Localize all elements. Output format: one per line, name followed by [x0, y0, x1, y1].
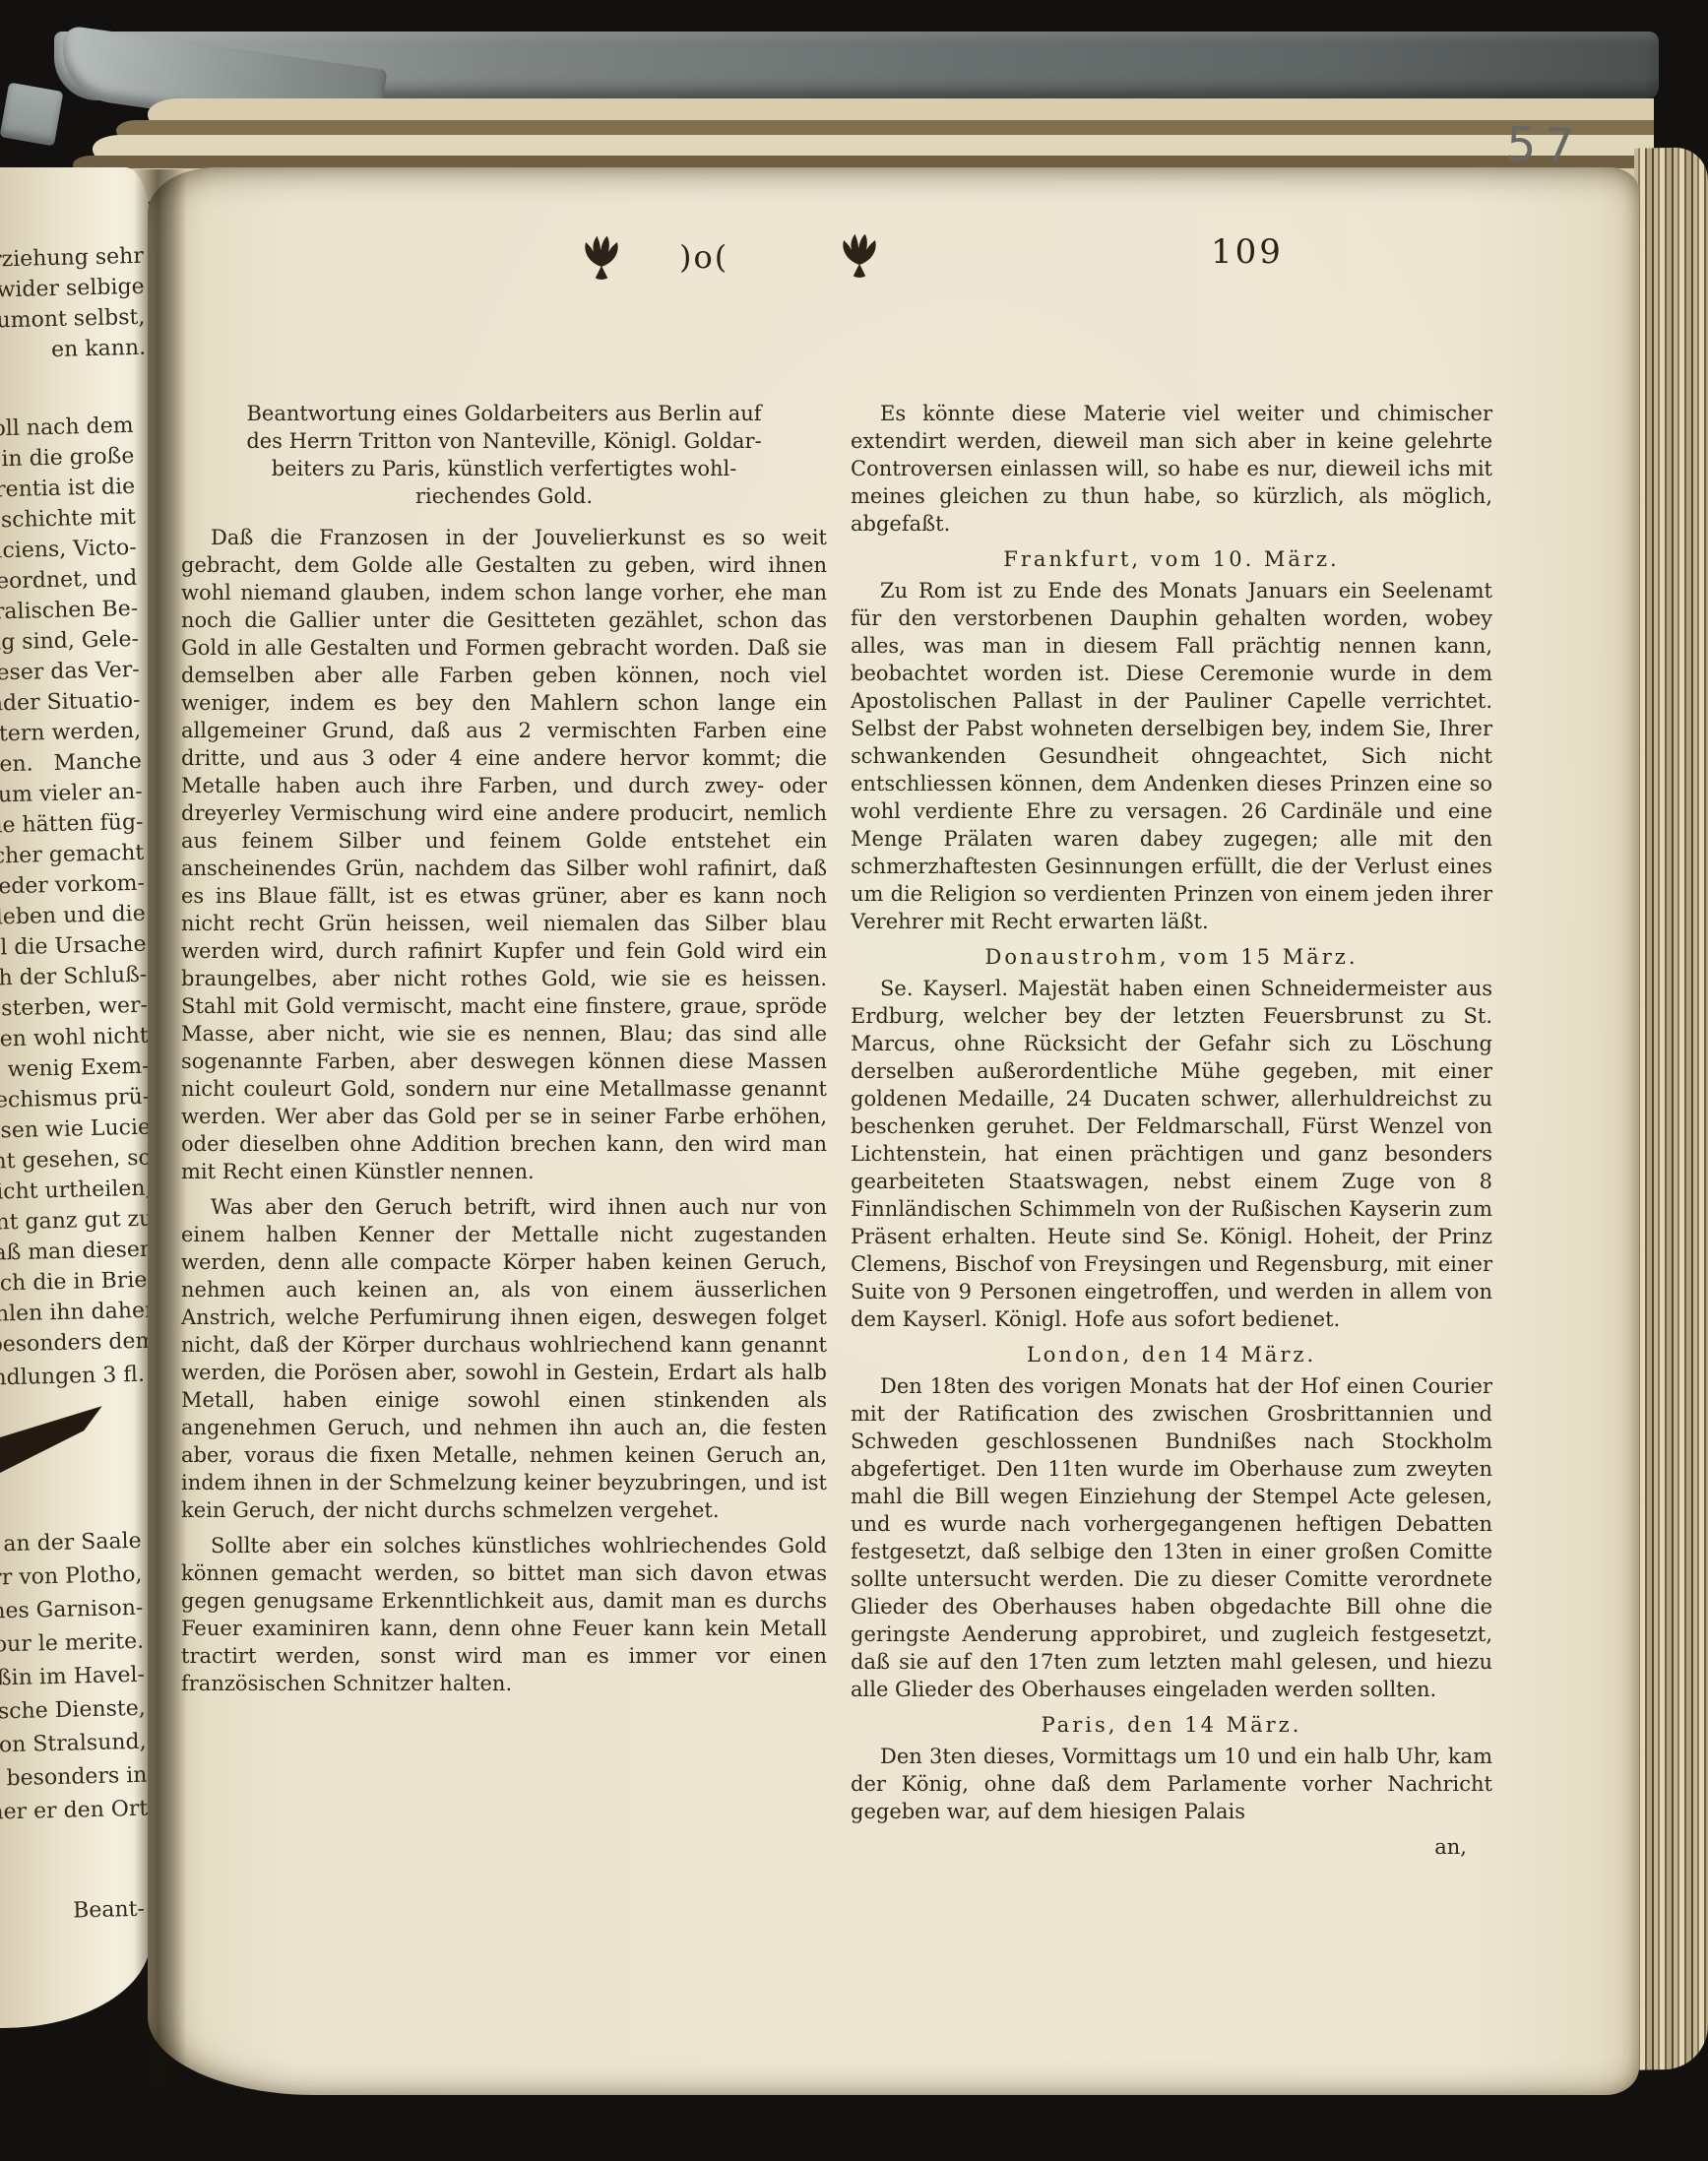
fragment-text-block: an der Saale herr von Plotho, eines Garn…: [0, 1525, 149, 1836]
catchword: an,: [851, 1833, 1467, 1861]
header-separator-mark: )o(: [679, 238, 728, 276]
fragment-text-block: ng soll nach dem che in die große Emeren…: [0, 411, 151, 1367]
fragment-text-block: handlungen 3 fl.: [0, 1360, 145, 1400]
paragraph: Den 3ten dieses, Vormittags um 10 und ei…: [851, 1743, 1492, 1825]
section-heading-london: London, den 14 März.: [851, 1341, 1492, 1368]
shell-ornament-icon: [579, 234, 624, 284]
page-number: 109: [1211, 232, 1284, 272]
text-column-right: Es könnte diese Materie viel weiter und …: [851, 400, 1492, 1861]
book-page: )o( 109 Beantwortung eines Goldarbeiters…: [148, 167, 1639, 2095]
paragraph: Den 18ten des vorigen Monats hat der Hof…: [851, 1372, 1492, 1703]
section-heading-donaustrohm: Donaustrohm, vom 15 März.: [851, 943, 1492, 971]
paragraph: Es könnte diese Materie viel weiter und …: [851, 400, 1492, 538]
book-binding-tab: [0, 83, 63, 147]
page-edge-strip: [93, 135, 1654, 158]
paragraph: Was aber den Geruch betrift, wird ihnen …: [181, 1193, 827, 1524]
article-heading: Beantwortung eines Goldarbeiters aus Ber…: [181, 400, 827, 510]
paragraph: Zu Rom ist zu Ende des Monats Januars ei…: [851, 577, 1492, 935]
text-column-left: Beantwortung eines Goldarbeiters aus Ber…: [181, 400, 827, 1705]
section-heading-frankfurt: Frankfurt, vom 10. März.: [851, 545, 1492, 573]
fragment-catchword: Beant-: [0, 1893, 145, 1937]
paragraph: Sollte aber ein solches künstliches wohl…: [181, 1532, 827, 1697]
paragraph: Daß die Franzosen in der Jouvelierkunst …: [181, 524, 827, 1185]
handwritten-folio-number: 57: [1505, 117, 1583, 175]
right-page-stack-edge: [1634, 147, 1708, 2070]
previous-page-fragment: ur Erziehung sehr ich wider selbige Beau…: [0, 167, 151, 2028]
flourish-ornament-icon: [0, 1406, 106, 1475]
fragment-text-block: ur Erziehung sehr ich wider selbige Beau…: [0, 241, 146, 373]
paragraph: Se. Kayserl. Majestät haben einen Schnei…: [851, 975, 1492, 1333]
section-heading-paris: Paris, den 14 März.: [851, 1711, 1492, 1739]
shell-ornament-icon: [837, 232, 882, 282]
